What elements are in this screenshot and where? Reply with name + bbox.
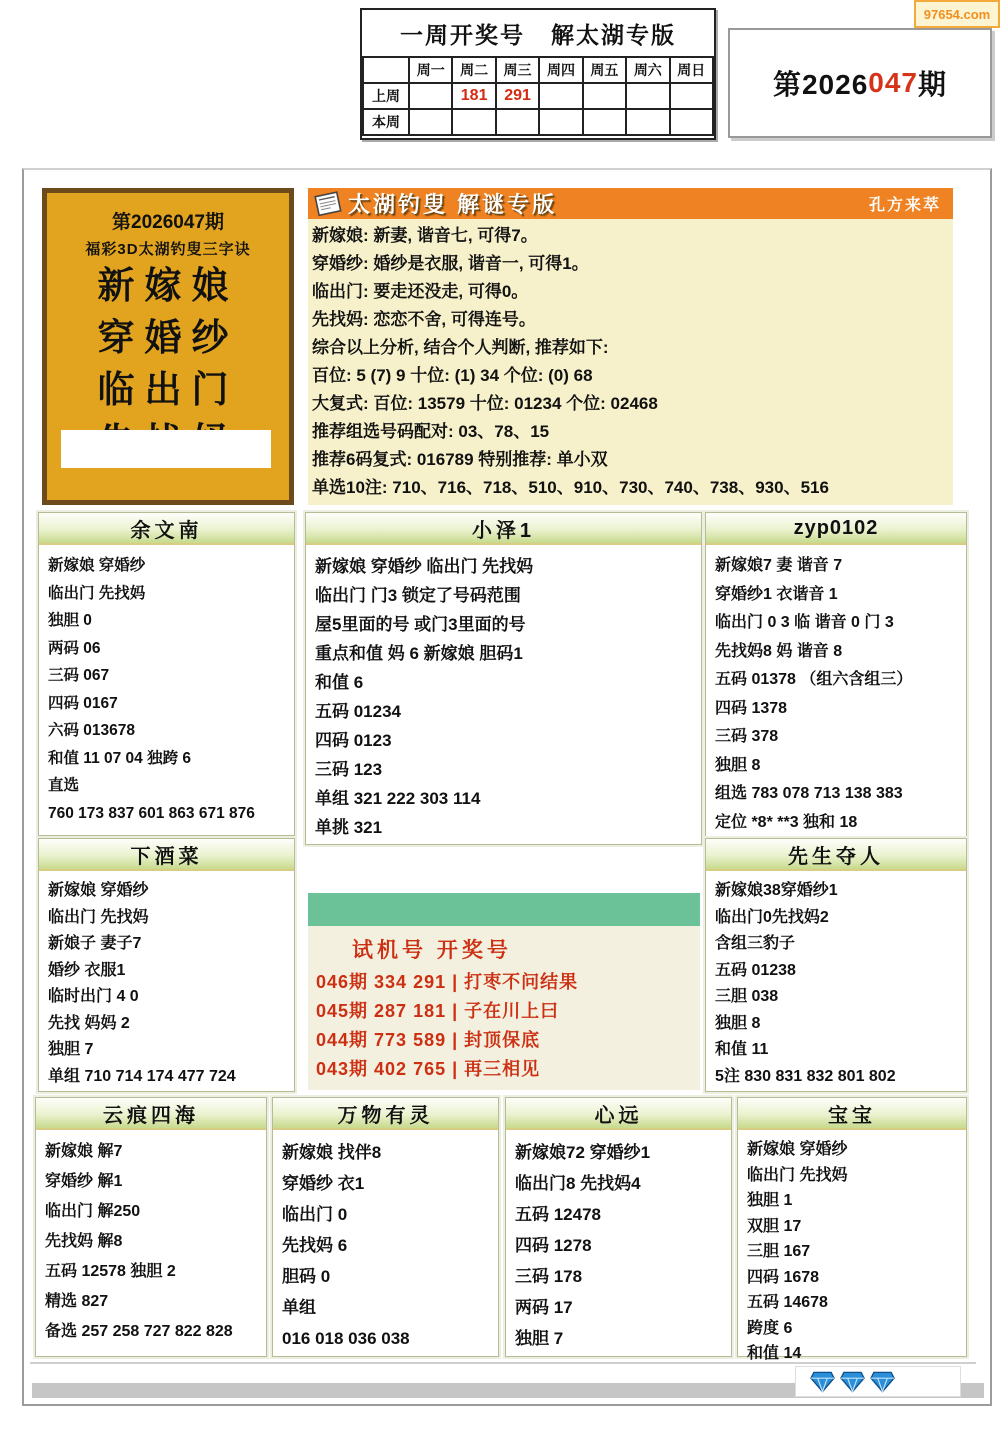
row-label: 本周 [363, 109, 409, 135]
panel-title: 宝宝 [738, 1098, 966, 1130]
issue-prefix: 第2026 [773, 63, 868, 103]
panel-line: 三胆 167 [747, 1239, 957, 1265]
this-week-row: 本周 [363, 109, 713, 135]
panel-line: 新嫁娘 找伴8 [282, 1137, 489, 1168]
panel-line: 三码 123 [315, 755, 692, 784]
diamond-icon [870, 1371, 895, 1393]
analysis-line: 推荐组选号码配对: 03、78、15 [312, 418, 950, 446]
panel-line: 独胆 8 [715, 752, 957, 781]
panel-lines: 新嫁娘38穿婚纱1临出门0先找妈2含组三豹子五码 01238三胆 038独胆 8… [706, 871, 966, 1097]
week-box-title-left: 一周开奖号 [400, 17, 525, 50]
panel-line: 独胆 8 [715, 1011, 957, 1038]
panel-line: 临出门 门3 锁定了号码范围 [315, 581, 692, 610]
results-title: 试机号 开奖号 [352, 934, 692, 964]
panel-lines: 新嫁娘 解7穿婚纱 解1临出门 解250先找妈 解8五码 12578 独胆 2精… [36, 1130, 266, 1354]
draw-cell [626, 109, 669, 135]
result-row: 043期 402 765 | 再三相见 [316, 1055, 692, 1084]
panel-line: 婚纱 衣服1 [48, 958, 285, 985]
results-rows: 046期 334 291 | 打枣不问结果045期 287 181 | 子在川上… [316, 968, 692, 1084]
panel-title: 万物有灵 [273, 1098, 498, 1130]
riddle-box: 第2026047期 福彩3D太湖钓叟三字诀 新嫁娘穿婚纱临出门先找妈 [42, 188, 294, 505]
panel-line: 临出门 0 [282, 1199, 489, 1230]
banner: 太湖钓叟 解谜专版 孔方来萃 [308, 188, 953, 219]
week-box-title-right: 解太湖专版 [551, 17, 676, 50]
panel-title: 余文南 [39, 513, 294, 545]
issue-highlight: 047 [868, 67, 918, 99]
panel-line: 独胆 7 [515, 1323, 722, 1354]
draw-cell: 291 [496, 83, 539, 109]
day-header: 周三 [496, 57, 539, 83]
panel-line: 单挑 321 [315, 813, 692, 842]
draw-cell [496, 109, 539, 135]
draw-cell [670, 109, 713, 135]
panel-line: 直选 [48, 772, 285, 800]
panel-line: 精选 827 [45, 1287, 257, 1317]
panel-lines: 新嫁娘 穿婚纱 临出门 先找妈临出门 门3 锁定了号码范围屋5里面的号 或门3里… [306, 545, 701, 849]
panel-line: 临出门 先找妈 [48, 580, 285, 608]
result-row: 046期 334 291 | 打枣不问结果 [316, 968, 692, 997]
panel-line: 组选 783 078 713 138 383 [715, 780, 957, 809]
panel-line: 临出门8 先找妈4 [515, 1168, 722, 1199]
panel-line: 新嫁娘 穿婚纱 [48, 552, 285, 580]
analysis-text: 新嫁娘: 新妻, 谐音七, 可得7。穿婚纱: 婚纱是衣服, 谐音一, 可得1。临… [312, 222, 950, 502]
analysis-line: 百位: 5 (7) 9 十位: (1) 34 个位: (0) 68 [312, 362, 950, 390]
panel-line: 和值 11 07 04 独跨 6 [48, 745, 285, 773]
panel-line: 和值 6 [315, 668, 692, 697]
panel-line: 含组三豹子 [715, 931, 957, 958]
week-draws-box: 一周开奖号 解太湖专版 周一 周二 周三 周四 周五 周六 周日 上周 181 … [360, 8, 716, 140]
panel-line: 三码 067 [48, 662, 285, 690]
panel-line: 临出门 0 3 临 谐音 0 门 3 [715, 609, 957, 638]
panel-line: 新嫁娘7 妻 谐音 7 [715, 552, 957, 581]
issue-suffix: 期 [918, 63, 947, 103]
panel-line: 双胆 17 [747, 1214, 957, 1240]
panel-line: 先找妈 解8 [45, 1227, 257, 1257]
analysis-line: 穿婚纱: 婚纱是衣服, 谐音一, 可得1。 [312, 250, 950, 278]
result-row: 045期 287 181 | 子在川上曰 [316, 997, 692, 1026]
panel-line: 新娘子 妻子7 [48, 931, 285, 958]
panel-line: 760 173 837 601 863 671 876 [48, 800, 285, 828]
day-header: 周五 [583, 57, 626, 83]
panel-line: 独胆 0 [48, 607, 285, 635]
panel-xiajiucai: 下酒菜 新嫁娘 穿婚纱临出门 先找妈新娘子 妻子7婚纱 衣服1临时出门 4 0先… [38, 838, 295, 1092]
draw-cell: 181 [452, 83, 495, 109]
panel-line: 穿婚纱 衣1 [282, 1168, 489, 1199]
panel-line: 五码 01378 （组六含组三） [715, 666, 957, 695]
results-body: 试机号 开奖号 046期 334 291 | 打枣不问结果045期 287 18… [308, 926, 700, 1088]
panel-title: 心远 [506, 1098, 731, 1130]
panel-line: 单组 321 222 303 114 [315, 784, 692, 813]
panel-line: 定位 *8* **3 独和 18 [715, 809, 957, 838]
panel-line: 先找妈 6 [282, 1230, 489, 1261]
panel-title: zyp0102 [706, 513, 966, 545]
panel-line: 新嫁娘72 穿婚纱1 [515, 1137, 722, 1168]
panel-line: 临出门 先找妈 [747, 1163, 957, 1189]
panel-line: 两码 06 [48, 635, 285, 663]
week-box-title: 一周开奖号 解太湖专版 [362, 10, 714, 56]
week-corner-cell [363, 57, 409, 83]
panel-line: 临出门0先找妈2 [715, 905, 957, 932]
riddle-issue: 第2026047期 [47, 207, 289, 234]
panel-lines: 新嫁娘7 妻 谐音 7穿婚纱1 衣谐音 1临出门 0 3 临 谐音 0 门 3先… [706, 545, 966, 844]
panel-line: 五码 12478 [515, 1199, 722, 1230]
banner-title: 太湖钓叟 解谜专版 [348, 188, 557, 219]
day-header: 周日 [670, 57, 713, 83]
day-header: 周四 [539, 57, 582, 83]
panel-lines: 新嫁娘72 穿婚纱1临出门8 先找妈4五码 12478四码 1278三码 178… [506, 1130, 731, 1361]
panel-line: 胆码 0 [282, 1261, 489, 1292]
panel-line: 临时出门 4 0 [48, 984, 285, 1011]
panel-line: 屋5里面的号 或门3里面的号 [315, 610, 692, 639]
panel-line: 临出门 先找妈 [48, 905, 285, 932]
panel-line: 两码 17 [515, 1292, 722, 1323]
panel-line: 四码 1278 [515, 1230, 722, 1261]
panel-line: 独胆 7 [48, 1037, 285, 1064]
blank-strip [61, 430, 271, 468]
panel-line: 五码 01234 [315, 697, 692, 726]
panel-line: 新嫁娘 穿婚纱 [48, 878, 285, 905]
panel-lines: 新嫁娘 找伴8穿婚纱 衣1临出门 0先找妈 6胆码 0单组016 018 036… [273, 1130, 498, 1361]
panel-line: 先找妈8 妈 谐音 8 [715, 638, 957, 667]
panel-title: 下酒菜 [39, 839, 294, 871]
panel-line: 备选 257 258 727 822 828 [45, 1317, 257, 1347]
panel-line: 三码 178 [515, 1261, 722, 1292]
panel-lines: 新嫁娘 穿婚纱临出门 先找妈独胆 1双胆 17三胆 167四码 1678五码 1… [738, 1130, 966, 1374]
panel-wanwu: 万物有灵 新嫁娘 找伴8穿婚纱 衣1临出门 0先找妈 6胆码 0单组016 01… [272, 1097, 499, 1357]
analysis-line: 大复式: 百位: 13579 十位: 01234 个位: 02468 [312, 390, 950, 418]
panel-line: 单组 710 714 174 477 724 [48, 1064, 285, 1091]
draw-cell [539, 83, 582, 109]
riddle-line: 穿婚纱 [47, 311, 289, 363]
analysis-line: 推荐6码复式: 016789 特别推荐: 单小双 [312, 446, 950, 474]
row-label: 上周 [363, 83, 409, 109]
panel-line: 四码 0167 [48, 690, 285, 718]
panel-line: 新嫁娘 穿婚纱 临出门 先找妈 [315, 552, 692, 581]
panel-xiansheng: 先生夺人 新嫁娘38穿婚纱1临出门0先找妈2含组三豹子五码 01238三胆 03… [705, 838, 967, 1092]
panel-line: 五码 01238 [715, 958, 957, 985]
analysis-line: 单选10注: 710、716、718、510、910、730、740、738、9… [312, 474, 950, 502]
diamond-icon [810, 1371, 835, 1393]
draw-cell [539, 109, 582, 135]
panel-line: 四码 1678 [747, 1265, 957, 1291]
panel-lines: 新嫁娘 穿婚纱临出门 先找妈独胆 0两码 06三码 067四码 0167六码 0… [39, 545, 294, 834]
panel-line: 穿婚纱 解1 [45, 1167, 257, 1197]
panel-line: 新嫁娘38穿婚纱1 [715, 878, 957, 905]
riddle-subtitle: 福彩3D太湖钓叟三字诀 [47, 238, 289, 259]
panel-yunhen: 云痕四海 新嫁娘 解7穿婚纱 解1临出门 解250先找妈 解8五码 12578 … [35, 1097, 267, 1357]
newspaper-icon [314, 189, 344, 218]
draw-cell [626, 83, 669, 109]
day-header: 周六 [626, 57, 669, 83]
panel-title: 先生夺人 [706, 839, 966, 871]
gem-box [795, 1366, 961, 1397]
last-week-row: 上周 181 291 [363, 83, 713, 109]
panel-line: 四码 1378 [715, 695, 957, 724]
issue-number-box: 第2026047期 [728, 28, 992, 138]
analysis-line: 综合以上分析, 结合个人判断, 推荐如下: [312, 334, 950, 362]
panel-line: 跨度 6 [747, 1316, 957, 1342]
page: 97654.com 一周开奖号 解太湖专版 周一 周二 周三 周四 周五 周六 … [0, 0, 1000, 1439]
banner-right-text: 孔方来萃 [869, 192, 941, 215]
draw-cell [583, 109, 626, 135]
site-badge[interactable]: 97654.com [914, 0, 1000, 28]
panel-line: 三码 378 [715, 723, 957, 752]
week-header-row: 周一 周二 周三 周四 周五 周六 周日 [363, 57, 713, 83]
panel-line: 五码 12578 独胆 2 [45, 1257, 257, 1287]
panel-line: 五码 14678 [747, 1290, 957, 1316]
panel-line: 四码 0123 [315, 726, 692, 755]
panel-line: 5注 830 831 832 801 802 [715, 1064, 957, 1091]
panel-line: 和值 11 [715, 1037, 957, 1064]
panel-line: 三胆 038 [715, 984, 957, 1011]
panel-zyp0102: zyp0102 新嫁娘7 妻 谐音 7穿婚纱1 衣谐音 1临出门 0 3 临 谐… [705, 512, 967, 837]
draw-cell [452, 109, 495, 135]
diamond-icon [840, 1371, 865, 1393]
result-row: 044期 773 589 | 封顶保底 [316, 1026, 692, 1055]
panel-line: 独胆 1 [747, 1188, 957, 1214]
draw-cell [409, 109, 452, 135]
panel-line: 016 018 036 038 [282, 1323, 489, 1354]
week-table: 周一 周二 周三 周四 周五 周六 周日 上周 181 291 本周 [362, 56, 714, 136]
panel-line: 重点和值 妈 6 新嫁娘 胆码1 [315, 639, 692, 668]
panel-line: 单组 [282, 1292, 489, 1323]
riddle-line: 新嫁娘 [47, 259, 289, 311]
panel-line: 新嫁娘 解7 [45, 1137, 257, 1167]
panel-line: 先找 妈妈 2 [48, 1011, 285, 1038]
panel-line: 穿婚纱1 衣谐音 1 [715, 581, 957, 610]
draw-cell [583, 83, 626, 109]
panel-xinyuan: 心远 新嫁娘72 穿婚纱1临出门8 先找妈4五码 12478四码 1278三码 … [505, 1097, 732, 1357]
draw-cell [409, 83, 452, 109]
panel-line: 六码 013678 [48, 717, 285, 745]
panel-line: 新嫁娘 穿婚纱 [747, 1137, 957, 1163]
panel-baobao: 宝宝 新嫁娘 穿婚纱临出门 先找妈独胆 1双胆 17三胆 167四码 1678五… [737, 1097, 967, 1357]
riddle-line: 临出门 [47, 363, 289, 415]
results-box: 试机号 开奖号 046期 334 291 | 打枣不问结果045期 287 18… [308, 893, 700, 1090]
results-header-band [308, 893, 700, 926]
panel-lines: 新嫁娘 穿婚纱临出门 先找妈新娘子 妻子7婚纱 衣服1临时出门 4 0先找 妈妈… [39, 871, 294, 1097]
panel-title: 云痕四海 [36, 1098, 266, 1130]
analysis-line: 新嫁娘: 新妻, 谐音七, 可得7。 [312, 222, 950, 250]
footer-divider [30, 1362, 976, 1364]
panel-yuwennan: 余文南 新嫁娘 穿婚纱临出门 先找妈独胆 0两码 06三码 067四码 0167… [38, 512, 295, 836]
analysis-line: 临出门: 要走还没走, 可得0。 [312, 278, 950, 306]
panel-title: 小泽1 [306, 513, 701, 545]
day-header: 周二 [452, 57, 495, 83]
panel-xiaoze1: 小泽1 新嫁娘 穿婚纱 临出门 先找妈临出门 门3 锁定了号码范围屋5里面的号 … [305, 512, 702, 845]
draw-cell [670, 83, 713, 109]
panel-line: 临出门 解250 [45, 1197, 257, 1227]
analysis-line: 先找妈: 恋恋不舍, 可得连号。 [312, 306, 950, 334]
day-header: 周一 [409, 57, 452, 83]
